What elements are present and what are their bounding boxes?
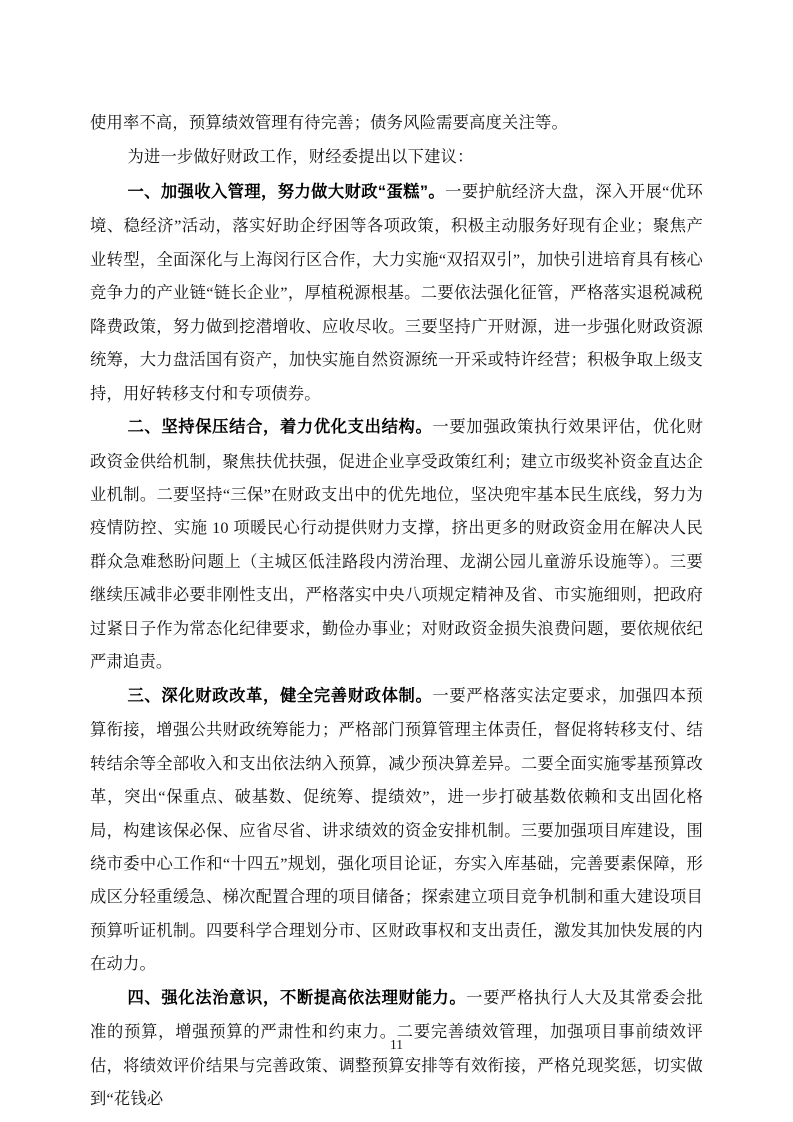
paragraph-text: 一要护航经济大盘，深入开展“优环境、稳经济”活动，落实好助企纾困等各项政策，积极… — [90, 182, 703, 403]
document-body: 使用率不高，预算绩效管理有待完善；债务风险需要高度关注等。 为进一步做好财政工作… — [90, 106, 703, 1116]
document-page: 使用率不高，预算绩效管理有待完善；债务风险需要高度关注等。 为进一步做好财政工作… — [0, 0, 793, 1122]
page-footer: 11 — [0, 1037, 793, 1053]
paragraph: 二、坚持保压结合，着力优化支出结构。一要加强政策执行效果评估，优化财政资金供给机… — [90, 410, 703, 679]
paragraph-text: 一要严格落实法定要求，加强四本预算衔接，增强公共财政统筹能力；严格部门预算管理主… — [90, 686, 703, 974]
paragraph-lead: 三、深化财政改革，健全完善财政体制。 — [127, 687, 432, 705]
paragraph: 一、加强收入管理，努力做大财政“蛋糕”。一要护航经济大盘，深入开展“优环境、稳经… — [90, 175, 703, 410]
paragraph-lead: 四、强化法治意识，不断提高依法理财能力。 — [127, 989, 466, 1007]
paragraph-lead: 一、加强收入管理，努力做大财政“蛋糕”。 — [127, 183, 445, 201]
paragraph-lead: 二、坚持保压结合，着力优化支出结构。 — [127, 418, 432, 436]
paragraph-text: 一要加强政策执行效果评估，优化财政资金供给机制，聚焦扶优扶强，促进企业享受政策红… — [90, 417, 703, 671]
page-number: 11 — [390, 1037, 403, 1052]
paragraph: 三、深化财政改革，健全完善财政体制。一要严格落实法定要求，加强四本预算衔接，增强… — [90, 679, 703, 981]
paragraph: 为进一步做好财政工作，财经委提出以下建议： — [90, 140, 703, 174]
paragraph-text: 使用率不高，预算绩效管理有待完善；债务风险需要高度关注等。 — [90, 113, 568, 132]
paragraph: 使用率不高，预算绩效管理有待完善；债务风险需要高度关注等。 — [90, 106, 703, 140]
paragraph-text: 为进一步做好财政工作，财经委提出以下建议： — [127, 147, 473, 166]
